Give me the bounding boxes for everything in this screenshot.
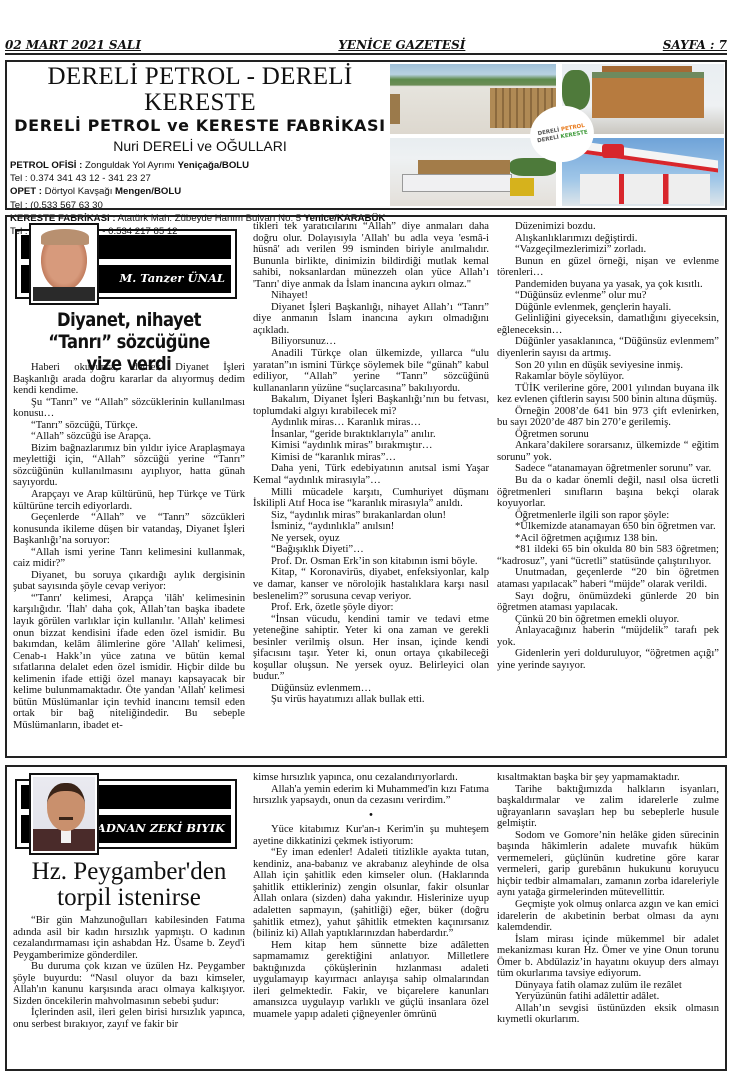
author-name: ADNAN ZEKİ BIYIK: [97, 821, 225, 835]
page-number: SAYFA : 7: [663, 38, 727, 52]
ad-address-line: OPET : Dörtyol Kavşağı Mengen/BOLU: [10, 185, 390, 198]
ad-subtitle: DERELİ PETROL ve KERESTE FABRİKASI: [10, 116, 390, 136]
article-column-2: tikleri tek yaratıcılarını “Allah” diye …: [253, 221, 489, 706]
column-article: ADNAN ZEKİ BIYIK Hz. Peygamber'den torpi…: [5, 765, 727, 1071]
author-byline: ADNAN ZEKİ BIYIK: [15, 773, 237, 853]
advertisement: DERELİ PETROL - DERELİ KERESTE DERELİ PE…: [5, 60, 727, 210]
timber-truck-photo: [390, 138, 556, 206]
ad-text: DERELİ PETROL - DERELİ KERESTE DERELİ PE…: [10, 64, 390, 238]
author-photo: [29, 773, 99, 855]
article-column-1: “Bir gün Mahzunoğulları kabilesinden Fat…: [13, 915, 245, 1030]
ad-photo-collage: DERELİ PETROL DERELİ KERESTE: [390, 64, 724, 206]
article-headline: Hz. Peygamber'den torpil istenirse: [13, 859, 245, 911]
article-column-2: kimse hırsızlık yapınca, onu cezalandırı…: [253, 772, 489, 1020]
article-column-3: kısaltmaktan başka bir şey yapmamaktadır…: [497, 772, 719, 1026]
column-article: M. Tanzer ÜNAL Diyanet, nihayet “Tanrı” …: [5, 215, 727, 758]
author-byline: M. Tanzer ÜNAL: [15, 223, 237, 303]
author-name: M. Tanzer ÜNAL: [120, 271, 225, 285]
ad-title: DERELİ PETROL - DERELİ KERESTE: [10, 64, 390, 116]
ad-phone-line: Tel : 0.374 341 43 12 - 341 23 27: [10, 172, 390, 185]
article-column-1: Haberi okuyunca, demek Diyanet İşleri Ba…: [13, 362, 245, 732]
ad-phone-line: Tel : (0.533 567 63 30: [10, 199, 390, 212]
section-separator: •: [253, 810, 489, 822]
ad-address-line: PETROL OFİSİ : Zonguldak Yol Ayrımı Yeni…: [10, 159, 390, 172]
lumber-yard-photo: [390, 64, 556, 134]
issue-date: 02 MART 2021 SALI: [5, 38, 141, 52]
newspaper-name: YENİCE GAZETESİ: [338, 38, 465, 52]
page-header: 02 MART 2021 SALI YENİCE GAZETESİ SAYFA …: [5, 37, 727, 55]
article-column-3: Düzenimizi bozdu. Alışkanlıklarımızı değ…: [497, 221, 719, 671]
author-photo: [29, 223, 99, 305]
ad-owner: Nuri DERELİ ve OĞULLARI: [10, 136, 390, 156]
